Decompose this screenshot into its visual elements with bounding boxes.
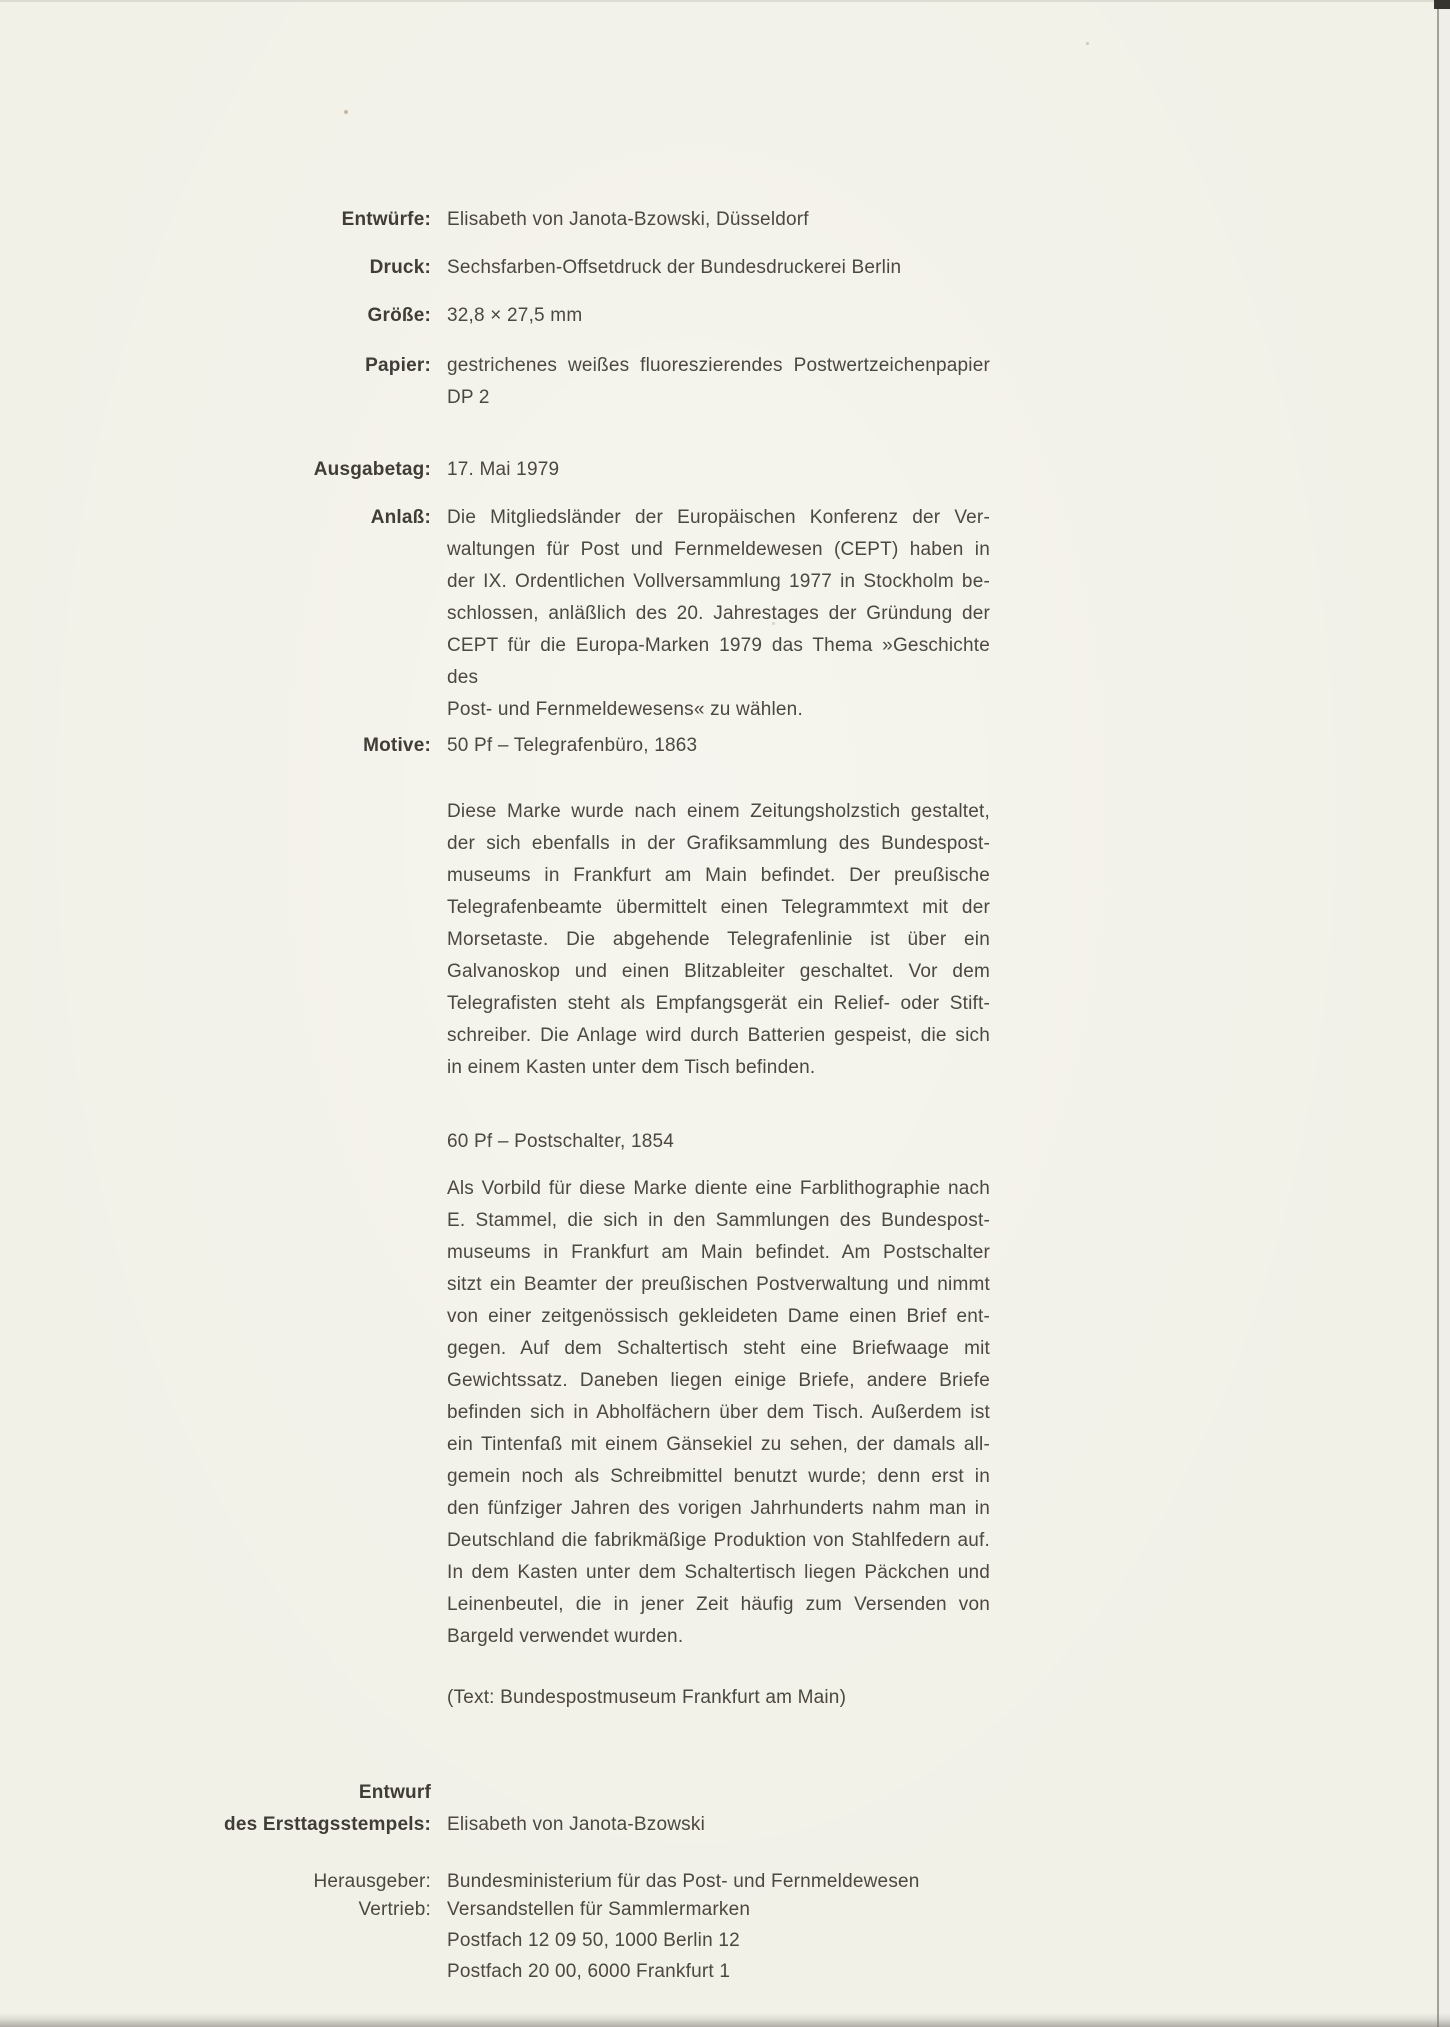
- text-line: E. Stammel, die sich in den Sammlungen d…: [447, 1205, 990, 1237]
- text-line: Postfach 20 00, 6000 Frankfurt 1: [447, 1956, 990, 1987]
- text-line: Leinenbeutel, die in jener Zeit häufig z…: [447, 1589, 990, 1621]
- field-label-motive: Motive:: [0, 730, 431, 762]
- text-line: museums in Frankfurt am Main befindet. D…: [447, 860, 990, 892]
- field-value-vertrieb: Versandstellen für SammlermarkenPostfach…: [447, 1894, 990, 1987]
- ersttagsstempel-label-line1: Entwurf: [0, 1777, 431, 1809]
- text-line: sitzt ein Beamter der preußischen Postve…: [447, 1269, 990, 1301]
- text-line: Morsetaste. Die abgehende Telegrafenlini…: [447, 924, 990, 956]
- text-line: waltungen für Post und Fernmeldewesen (C…: [447, 534, 990, 566]
- field-value-ausgabetag: 17. Mai 1979: [447, 454, 990, 486]
- stamp1-description: Diese Marke wurde nach einem Zeitungshol…: [447, 796, 990, 1084]
- text-line: schreiber. Die Anlage wird durch Batteri…: [447, 1020, 990, 1052]
- text-line: schlossen, anläßlich des 20. Jahrestages…: [447, 598, 990, 630]
- text-line: Als Vorbild für diese Marke diente eine …: [447, 1173, 990, 1205]
- text-line: Galvanoskop und einen Blitzableiter gesc…: [447, 956, 990, 988]
- document-page: Entwürfe: Elisabeth von Janota-Bzowski, …: [0, 0, 1450, 2027]
- scan-top-edge: [0, 0, 1450, 2]
- field-value-entwuerfe: Elisabeth von Janota-Bzowski, Düsseldorf: [447, 204, 990, 236]
- text-line: ein Tintenfaß mit einem Gänsekiel zu seh…: [447, 1429, 990, 1461]
- text-line: Post- und Fernmeldewesens« zu wählen.: [447, 694, 990, 726]
- ersttagsstempel-value: Elisabeth von Janota-Bzowski: [447, 1809, 990, 1841]
- field-label-ausgabetag: Ausgabetag:: [0, 454, 431, 486]
- text-line: museums in Frankfurt am Main befindet. A…: [447, 1237, 990, 1269]
- text-line: befinden sich in Abholfächern über dem T…: [447, 1397, 990, 1429]
- scan-corner-mark: [1434, 0, 1450, 9]
- text-line: Versandstellen für Sammlermarken: [447, 1894, 990, 1925]
- text-line: Deutschland die fabrikmäßige Produktion …: [447, 1525, 990, 1557]
- text-line: der sich ebenfalls in der Grafiksammlung…: [447, 828, 990, 860]
- paper-speck: [1086, 42, 1089, 45]
- stamp2-description: Als Vorbild für diese Marke diente eine …: [447, 1173, 990, 1653]
- field-label-papier: Papier:: [0, 350, 431, 382]
- text-line: In dem Kasten unter dem Schaltertisch li…: [447, 1557, 990, 1589]
- field-label-druck: Druck:: [0, 252, 431, 284]
- scan-edge-line: [1437, 0, 1439, 2027]
- scan-bottom-shadow: [0, 2013, 1450, 2027]
- text-line: Gewichtssatz. Daneben liegen einige Brie…: [447, 1365, 990, 1397]
- field-label-groesse: Größe:: [0, 300, 431, 332]
- text-line: gegen. Auf dem Schaltertisch steht eine …: [447, 1333, 990, 1365]
- scan-edge-strip: [1439, 0, 1450, 2027]
- field-value-groesse: 32,8 × 27,5 mm: [447, 300, 990, 332]
- text-line: Bargeld verwendet wurden.: [447, 1621, 990, 1653]
- paper-speck: [344, 110, 348, 114]
- text-line: Postfach 12 09 50, 1000 Berlin 12: [447, 1925, 990, 1956]
- field-value-druck: Sechsfarben-Offsetdruck der Bundesdrucke…: [447, 252, 990, 284]
- stamp1-heading: 50 Pf – Telegrafenbüro, 1863: [447, 730, 990, 762]
- text-line: CEPT für die Europa-Marken 1979 das Them…: [447, 630, 990, 694]
- text-line: von einer zeitgenössisch gekleideten Dam…: [447, 1301, 990, 1333]
- text-line: in einem Kasten unter dem Tisch befinden…: [447, 1052, 990, 1084]
- text-credit: (Text: Bundespostmuseum Frankfurt am Mai…: [447, 1682, 990, 1714]
- text-line: gestrichenes weißes fluoreszierendes Pos…: [447, 350, 990, 382]
- text-line: den fünfziger Jahren des vorigen Jahrhun…: [447, 1493, 990, 1525]
- field-value-papier: gestrichenes weißes fluoreszierendes Pos…: [447, 350, 990, 414]
- text-line: DP 2: [447, 382, 990, 414]
- field-label-entwuerfe: Entwürfe:: [0, 204, 431, 236]
- field-label-anlass: Anlaß:: [0, 502, 431, 534]
- text-line: Diese Marke wurde nach einem Zeitungshol…: [447, 796, 990, 828]
- field-label-vertrieb: Vertrieb:: [0, 1894, 431, 1925]
- text-line: Die Mitgliedsländer der Europäischen Kon…: [447, 502, 990, 534]
- stamp2-heading: 60 Pf – Postschalter, 1854: [447, 1126, 990, 1158]
- text-line: Telegrafenbeamte übermittelt einen Teleg…: [447, 892, 990, 924]
- text-line: gemein noch als Schreibmittel benutzt wu…: [447, 1461, 990, 1493]
- anlass-paragraph: Die Mitgliedsländer der Europäischen Kon…: [447, 502, 990, 726]
- ersttagsstempel-label-line2: des Ersttagsstempels:: [0, 1809, 431, 1841]
- paper-speck: [772, 622, 775, 625]
- text-line: Telegrafisten steht als Empfangsgerät ei…: [447, 988, 990, 1020]
- text-line: der IX. Ordentlichen Vollversammlung 197…: [447, 566, 990, 598]
